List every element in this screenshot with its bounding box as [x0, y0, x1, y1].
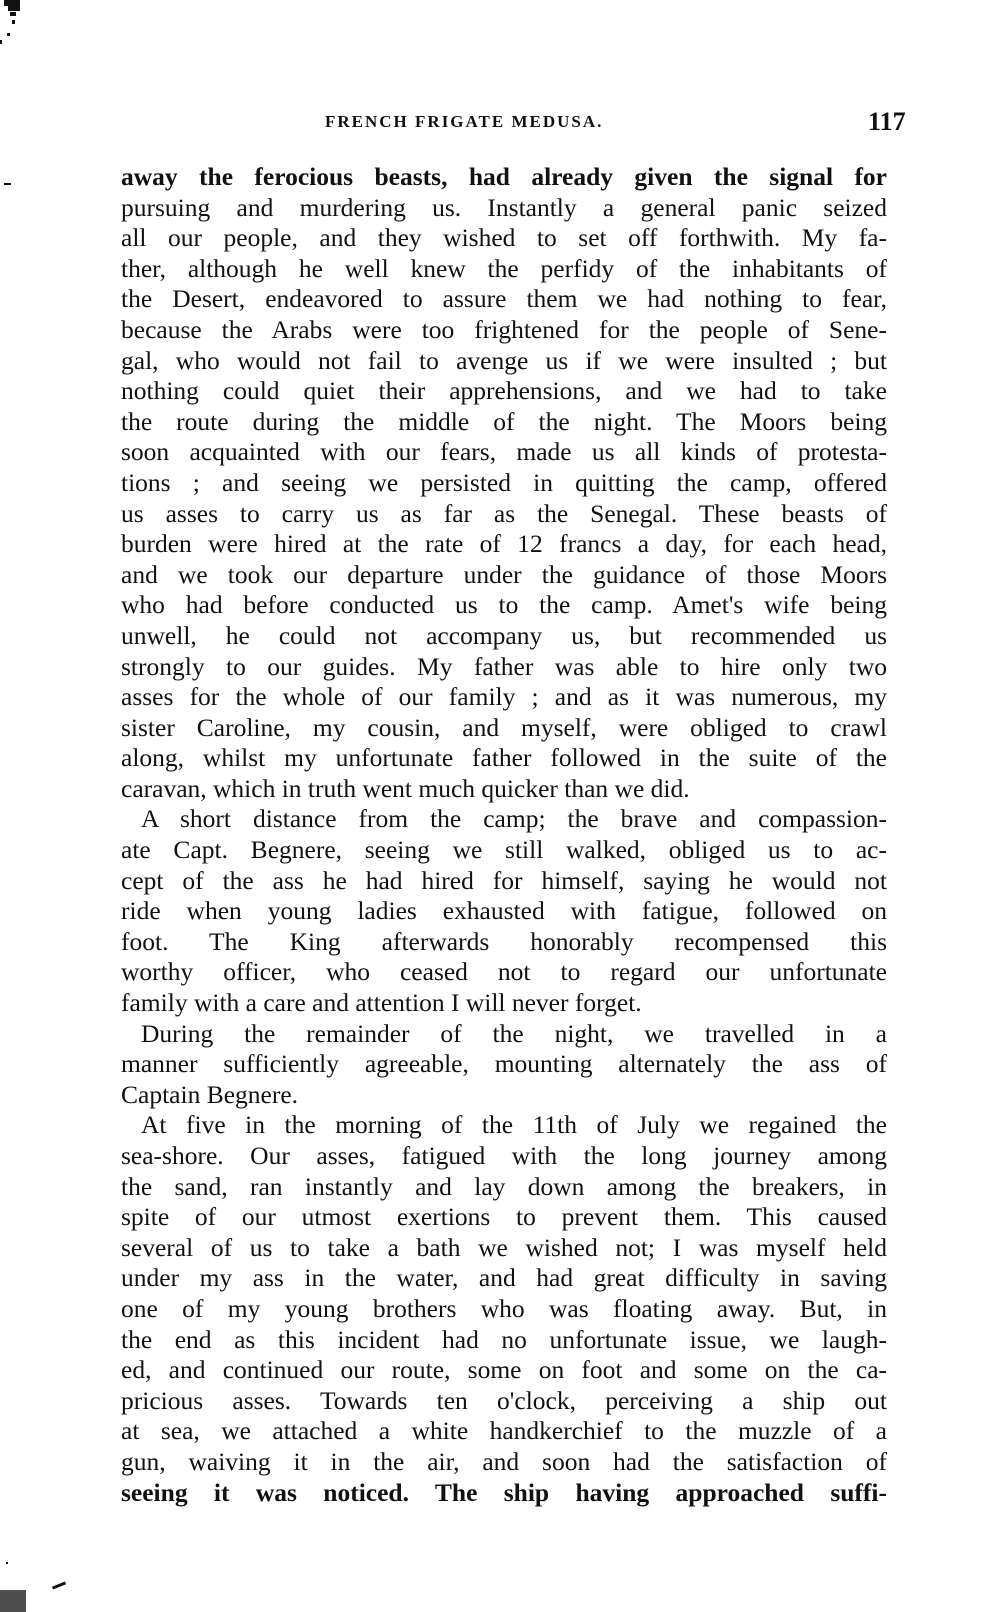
text-line: all our people, and they wished to set o… [121, 223, 887, 254]
text-line: several of us to take a bath we wished n… [121, 1233, 887, 1264]
text-line: caravan, which in truth went much quicke… [121, 774, 887, 805]
text-line: During the remainder of the night, we tr… [121, 1019, 887, 1050]
text-line: the sand, ran instantly and lay down amo… [121, 1172, 887, 1203]
text-line: sister Caroline, my cousin, and myself, … [121, 713, 887, 744]
scan-artifact [0, 40, 2, 44]
text-line: the Desert, endeavored to assure them we… [121, 284, 887, 315]
text-line: because the Arabs were too frightened fo… [121, 315, 887, 346]
margin-dash [4, 183, 11, 185]
text-line: seeing it was noticed. The ship having a… [121, 1478, 887, 1509]
page-number: 117 [868, 107, 906, 137]
text-line: gun, waiving it in the air, and soon had… [121, 1447, 887, 1478]
scan-artifact [12, 20, 15, 24]
scan-artifact [10, 12, 16, 16]
text-line: at sea, we attached a white handkerchief… [121, 1416, 887, 1447]
scan-artifact-bottom-left [52, 1581, 66, 1589]
text-line: the end as this incident had no unfortun… [121, 1325, 887, 1356]
scan-artifact [6, 1562, 8, 1564]
text-line: along, whilst my unfortunate father foll… [121, 743, 887, 774]
text-line: soon acquainted with our fears, made us … [121, 437, 887, 468]
text-line: ed, and continued our route, some on foo… [121, 1355, 887, 1386]
text-line: who had before conducted us to the camp.… [121, 590, 887, 621]
text-line: strongly to our guides. My father was ab… [121, 652, 887, 683]
text-line: Captain Begnere. [121, 1080, 887, 1111]
text-line: gal, who would not fail to avenge us if … [121, 346, 887, 377]
text-line: foot. The King afterwards honorably reco… [121, 927, 887, 958]
text-line: the route during the middle of the night… [121, 407, 887, 438]
text-line: pursuing and murdering us. Instantly a g… [121, 193, 887, 224]
text-line: spite of our utmost exertions to prevent… [121, 1202, 887, 1233]
text-line: worthy officer, who ceased not to regard… [121, 957, 887, 988]
text-line: family with a care and attention I will … [121, 988, 887, 1019]
running-title: FRENCH FRIGATE MEDUSA. [325, 112, 603, 132]
text-line: sea-shore. Our asses, fatigued with the … [121, 1141, 887, 1172]
text-line: one of my young brothers who was floatin… [121, 1294, 887, 1325]
scan-artifact [7, 33, 10, 36]
text-line: ther, although he well knew the perfidy … [121, 254, 887, 285]
text-line: nothing could quiet their apprehensions,… [121, 376, 887, 407]
book-page: FRENCH FRIGATE MEDUSA. 117 away the fero… [0, 0, 1000, 1612]
text-line: under my ass in the water, and had great… [121, 1263, 887, 1294]
text-line: ate Capt. Begnere, seeing we still walke… [121, 835, 887, 866]
text-line: burden were hired at the rate of 12 fran… [121, 529, 887, 560]
text-line: ride when young ladies exhausted with fa… [121, 896, 887, 927]
text-line: manner sufficiently agreeable, mounting … [121, 1049, 887, 1080]
scan-artifact [0, 1590, 26, 1612]
text-line: asses for the whole of our family ; and … [121, 682, 887, 713]
text-line: tions ; and seeing we persisted in quitt… [121, 468, 887, 499]
text-line: unwell, he could not accompany us, but r… [121, 621, 887, 652]
page-header: FRENCH FRIGATE MEDUSA. 117 [0, 112, 1000, 142]
text-line: and we took our departure under the guid… [121, 560, 887, 591]
body-text: away the ferocious beasts, had already g… [121, 162, 887, 1508]
text-line: A short distance from the camp; the brav… [121, 804, 887, 835]
scan-artifact [8, 6, 20, 11]
text-line: away the ferocious beasts, had already g… [121, 162, 887, 193]
text-line: At five in the morning of the 11th of Ju… [121, 1110, 887, 1141]
text-line: pricious asses. Towards ten o'clock, per… [121, 1386, 887, 1417]
text-line: us asses to carry us as far as the Seneg… [121, 499, 887, 530]
text-line: cept of the ass he had hired for himself… [121, 866, 887, 897]
